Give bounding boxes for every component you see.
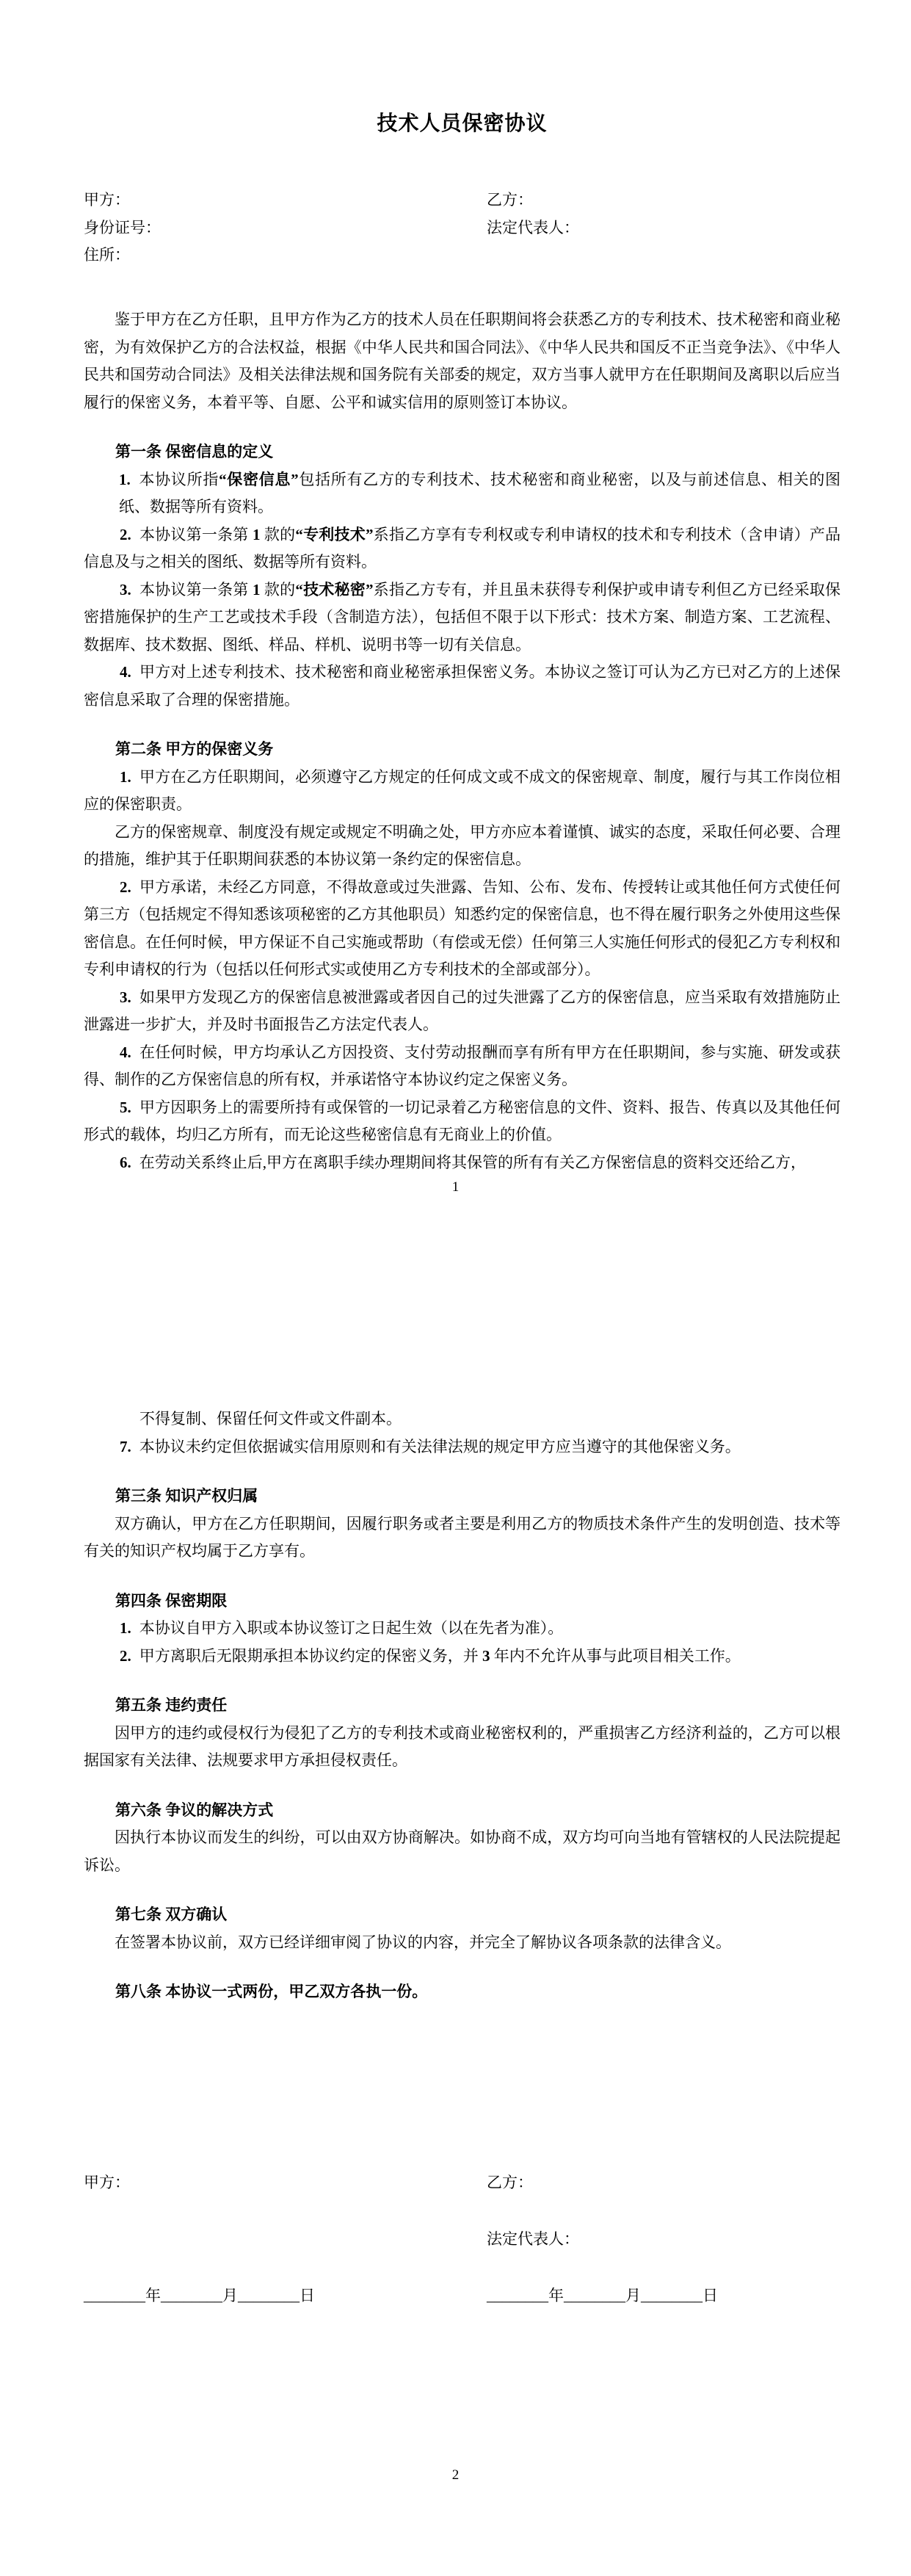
list-item: 2.本协议第一条第 1 款的“专利技术”系指乙方享有专利权或专利申请权的技术和专… <box>84 521 841 576</box>
body-text: 不得复制、保留任何文件或文件副本。 <box>139 1410 402 1428</box>
emphasized-text: 第二条 甲方的保密义务 <box>115 740 273 758</box>
list-item-number: 5. <box>120 1099 131 1116</box>
emphasized-text: 第七条 双方确认 <box>115 1906 227 1923</box>
parties-header-right-column: 乙方： 法定代表人： <box>487 187 579 242</box>
emphasized-text: “技术秘密” <box>295 581 373 598</box>
body-text: 甲方在乙方任职期间，必须遵守乙方规定的任何成文或不成文的保密规章、制度，履行与其… <box>84 768 841 814</box>
list-item-number: 1. <box>119 471 131 488</box>
emphasized-text: 第三条 知识产权归属 <box>115 1487 258 1505</box>
signature-party-a-label: 甲方： <box>84 2169 130 2197</box>
list-item: 3.本协议第一条第 1 款的“技术秘密”系指乙方专有，并且虽未获得专利保护或申请… <box>84 576 841 659</box>
address-label: 住所： <box>84 242 841 269</box>
list-item: 5.甲方因职务上的需要所持有或保管的一切记录着乙方秘密信息的文件、资料、报告、传… <box>84 1094 841 1149</box>
emphasized-text: 1 <box>253 526 261 543</box>
list-item-number: 2. <box>120 526 131 543</box>
body-text: 在任何时候，甲方均承认乙方因投资、支付劳动报酬而享有所有甲方在任职期间，参与实施… <box>84 1043 841 1089</box>
signature-party-b-label: 乙方： <box>487 2169 533 2197</box>
list-item-number: 1. <box>120 1619 131 1637</box>
emphasized-text: 1 <box>253 581 261 598</box>
body-text: 鉴于甲方在乙方任职，且甲方作为乙方的技术人员在任职期间将会获悉乙方的专利技术、技… <box>84 311 841 411</box>
page-number-1: 1 <box>0 1179 911 1196</box>
body-text: 年内不允许从事与此项目相关工作。 <box>490 1647 741 1665</box>
list-item-number: 4. <box>120 1043 131 1061</box>
parties-header: 甲方： 身份证号： 住所： 乙方： 法定代表人： <box>84 187 841 269</box>
emphasized-text: 第五条 违约责任 <box>115 1696 227 1714</box>
list-item-number: 6. <box>120 1154 131 1171</box>
paragraph: 乙方的保密规章、制度没有规定或规定不明确之处，甲方亦应本着谨慎、诚实的态度，采取… <box>84 819 841 874</box>
page2-body: 不得复制、保留任何文件或文件副本。7.本协议未约定但依据诚实信用原则和有关法律法… <box>84 1405 841 2006</box>
list-item: 4.在任何时候，甲方均承认乙方因投资、支付劳动报酬而享有所有甲方在任职期间，参与… <box>84 1039 841 1094</box>
page-1: 技术人员保密协议 甲方： 身份证号： 住所： 乙方： 法定代表人： 鉴于甲方在乙… <box>0 0 911 1288</box>
legal-rep-label: 法定代表人： <box>487 214 579 242</box>
list-item-number: 4. <box>120 663 131 681</box>
article-heading: 第七条 双方确认 <box>115 1901 841 1929</box>
body-text: 双方确认，甲方在乙方任职期间，因履行职务或者主要是利用乙方的物质技术条件产生的发… <box>84 1515 841 1560</box>
body-text: 乙方的保密规章、制度没有规定或规定不明确之处，甲方亦应本着谨慎、诚实的态度，采取… <box>84 823 841 869</box>
article-heading: 第二条 甲方的保密义务 <box>115 736 841 764</box>
body-text: 本协议所指 <box>139 471 219 488</box>
confidentiality-agreement-document: 技术人员保密协议 甲方： 身份证号： 住所： 乙方： 法定代表人： 鉴于甲方在乙… <box>0 0 911 2576</box>
list-item: 3.如果甲方发现乙方的保密信息被泄露或者因自己的过失泄露了乙方的保密信息，应当采… <box>84 984 841 1039</box>
emphasized-text: 第一条 保密信息的定义 <box>115 443 273 460</box>
paragraph: 在签署本协议前，双方已经详细审阅了协议的内容，并完全了解协议各项条款的法律含义。 <box>84 1929 841 1957</box>
article-heading: 第八条 本协议一式两份，甲乙双方各执一份。 <box>115 1978 841 2006</box>
signature-date-line-party-b: ________年________月________日 <box>487 2282 718 2310</box>
body-text: 甲方因职务上的需要所持有或保管的一切记录着乙方秘密信息的文件、资料、报告、传真以… <box>84 1099 841 1144</box>
body-text: 款的 <box>260 526 295 543</box>
body-text: 在劳动关系终止后,甲方在离职手续办理期间将其保管的所有有关乙方保密信息的资料交还… <box>139 1154 806 1171</box>
body-text: 甲方对上述专利技术、技术秘密和商业秘密承担保密义务。本协议之签订可认为乙方已对乙… <box>84 663 841 709</box>
signature-date-line-party-a: ________年________月________日 <box>84 2282 315 2310</box>
emphasized-text: 第六条 争议的解决方式 <box>115 1801 273 1819</box>
emphasized-text: 第四条 保密期限 <box>115 1592 227 1610</box>
article-heading: 第六条 争议的解决方式 <box>115 1797 841 1825</box>
body-text: 本协议第一条第 <box>139 526 253 543</box>
preamble-paragraph: 鉴于甲方在乙方任职，且甲方作为乙方的技术人员在任职期间将会获悉乙方的专利技术、技… <box>84 306 841 416</box>
party-a-label: 甲方： <box>84 187 841 214</box>
article-heading: 第一条 保密信息的定义 <box>115 438 841 466</box>
page-2: 不得复制、保留任何文件或文件副本。7.本协议未约定但依据诚实信用原则和有关法律法… <box>0 1288 911 2576</box>
list-item-number: 2. <box>120 1647 131 1665</box>
body-text: 款的 <box>260 581 295 598</box>
emphasized-text: “专利技术” <box>295 526 373 543</box>
paragraph: 因甲方的违约或侵权行为侵犯了乙方的专利技术或商业秘密权利的，严重损害乙方经济利益… <box>84 1720 841 1775</box>
body-text: 本协议第一条第 <box>139 581 253 598</box>
body-text: 因执行本协议而发生的纠纷，可以由双方协商解决。如协商不成，双方均可向当地有管辖权… <box>84 1828 841 1874</box>
signature-section: 甲方： 乙方： 法定代表人： ________年________月_______… <box>84 2169 841 2345</box>
body-text: 本协议未约定但依据诚实信用原则和有关法律法规的规定甲方应当遵守的其他保密义务。 <box>139 1438 741 1455</box>
id-number-label: 身份证号： <box>84 214 841 242</box>
list-item: 1.本协议自甲方入职或本协议签订之日起生效（以在先者为准）。 <box>84 1615 841 1643</box>
body-text: 本协议自甲方入职或本协议签订之日起生效（以在先者为准）。 <box>139 1619 564 1637</box>
emphasized-text: 第八条 本协议一式两份，甲乙双方各执一份。 <box>115 1983 427 2000</box>
page-number-2: 2 <box>0 2467 911 2484</box>
list-item: 2.甲方承诺，未经乙方同意，不得故意或过失泄露、告知、公布、发布、传授转让或其他… <box>84 874 841 984</box>
paragraph: 因执行本协议而发生的纠纷，可以由双方协商解决。如协商不成，双方均可向当地有管辖权… <box>84 1824 841 1879</box>
signature-legal-rep-label: 法定代表人： <box>487 2226 579 2254</box>
document-title: 技术人员保密协议 <box>84 0 841 138</box>
list-item: 4.甲方对上述专利技术、技术秘密和商业秘密承担保密义务。本协议之签订可认为乙方已… <box>84 659 841 714</box>
article-heading: 第三条 知识产权归属 <box>115 1483 841 1510</box>
article-heading: 第五条 违约责任 <box>115 1692 841 1720</box>
list-item: 7.本协议未约定但依据诚实信用原则和有关法律法规的规定甲方应当遵守的其他保密义务… <box>84 1433 841 1461</box>
list-item: 1.甲方在乙方任职期间，必须遵守乙方规定的任何成文或不成文的保密规章、制度，履行… <box>84 764 841 819</box>
list-item-number: 1. <box>120 768 131 786</box>
list-item-number: 2. <box>120 878 131 896</box>
list-item: 6.在劳动关系终止后,甲方在离职手续办理期间将其保管的所有有关乙方保密信息的资料… <box>84 1149 841 1177</box>
body-text: 因甲方的违约或侵权行为侵犯了乙方的专利技术或商业秘密权利的，严重损害乙方经济利益… <box>84 1724 841 1770</box>
page1-body: 鉴于甲方在乙方任职，且甲方作为乙方的技术人员在任职期间将会获悉乙方的专利技术、技… <box>84 306 841 1176</box>
article-heading: 第四条 保密期限 <box>115 1588 841 1616</box>
body-text: 甲方离职后无限期承担本协议约定的保密义务，并 <box>139 1647 482 1665</box>
continuation-line: 不得复制、保留任何文件或文件副本。 <box>139 1405 841 1433</box>
emphasized-text: 3 <box>482 1647 490 1665</box>
list-item-number: 3. <box>120 581 131 598</box>
parties-header-left-column: 甲方： 身份证号： 住所： <box>84 187 841 269</box>
paragraph: 双方确认，甲方在乙方任职期间，因履行职务或者主要是利用乙方的物质技术条件产生的发… <box>84 1510 841 1566</box>
list-item-number: 7. <box>120 1438 131 1455</box>
body-text: 如果甲方发现乙方的保密信息被泄露或者因自己的过失泄露了乙方的保密信息，应当采取有… <box>84 988 841 1034</box>
body-text: 在签署本协议前，双方已经详细审阅了协议的内容，并完全了解协议各项条款的法律含义。 <box>115 1933 731 1951</box>
list-item-number: 3. <box>120 988 131 1006</box>
list-item: 1.本协议所指“保密信息”包括所有乙方的专利技术、技术秘密和商业秘密，以及与前述… <box>119 466 841 521</box>
party-b-label: 乙方： <box>487 187 579 214</box>
list-item: 2.甲方离职后无限期承担本协议约定的保密义务，并 3 年内不允许从事与此项目相关… <box>84 1643 841 1671</box>
emphasized-text: “保密信息” <box>219 471 299 488</box>
body-text: 甲方承诺，未经乙方同意，不得故意或过失泄露、告知、公布、发布、传授转让或其他任何… <box>84 878 841 979</box>
